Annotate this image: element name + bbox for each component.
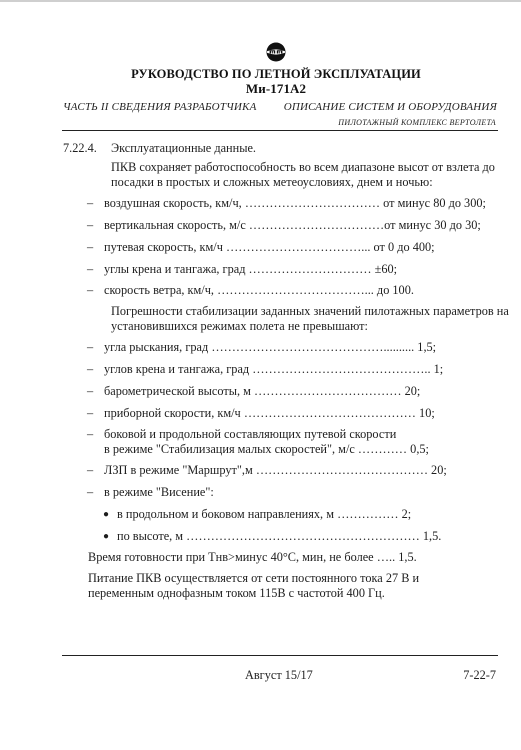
hover-sub-item: ●по высоте, м ………………………………………………… 1,5. <box>103 529 441 544</box>
dash-marker: – <box>87 283 104 298</box>
hover-mode-item: –в режиме "Висение": <box>87 485 214 500</box>
part-label: ЧАСТЬ II СВЕДЕНИЯ РАЗРАБОТЧИКА <box>63 101 257 113</box>
readiness-time: Время готовности при Тнв>минус 40°С, мин… <box>88 550 417 565</box>
dash-marker: – <box>87 262 104 277</box>
error-item-continuation: в режиме "Стабилизация малых скоростей",… <box>104 442 429 457</box>
page-number: 7-22-7 <box>463 668 496 683</box>
revision-date: Август 15/17 <box>245 668 313 683</box>
section-title: Эксплуатационные данные. <box>111 141 256 156</box>
dash-marker: – <box>87 427 104 442</box>
section-label: ОПИСАНИЕ СИСТЕМ И ОБОРУДОВАНИЯ <box>284 101 497 113</box>
range-item: –вертикальная скорость, м/с ……………………………о… <box>87 218 481 233</box>
subsection-label: ПИЛОТАЖНЫЙ КОМПЛЕКС ВЕРТОЛЕТА <box>338 118 496 127</box>
intro-text-line1: ПКВ сохраняет работоспособность во всем … <box>111 160 495 175</box>
dash-marker: – <box>87 384 104 399</box>
error-item: –углов крена и тангажа, град ……………………………… <box>87 362 443 377</box>
power-text-line2: переменным однофазным током 115В с часто… <box>88 586 385 601</box>
range-item: –воздушная скорость, км/ч, …………………………… о… <box>87 196 486 211</box>
error-item: –приборной скорости, км/ч ……………………………………… <box>87 406 435 421</box>
dash-marker: – <box>87 340 104 355</box>
dash-marker: – <box>87 196 104 211</box>
footer-divider <box>62 655 498 656</box>
hover-sub-item: ●в продольном и боковом направлениях, м … <box>103 507 411 522</box>
error-item: –ЛЗП в режиме "Маршрут",м ……………………………………… <box>87 463 447 478</box>
manual-title: РУКОВОДСТВО ПО ЛЕТНОЙ ЭКСПЛУАТАЦИИ <box>0 67 521 82</box>
section-number: 7.22.4. <box>63 141 97 156</box>
page-top-border <box>0 0 521 2</box>
range-item: –скорость ветра, км/ч, ………………………………... д… <box>87 283 414 298</box>
range-item: –углы крена и тангажа, град ………………………… ±… <box>87 262 397 277</box>
range-item: –путевая скорость, км/ч ……………………………... о… <box>87 240 435 255</box>
error-item: –угла рыскания, град …………………………………….....… <box>87 340 436 355</box>
bullet-icon: ● <box>103 529 117 544</box>
header-divider <box>62 130 498 131</box>
errors-intro-line2: установившихся режимах полета не превыша… <box>111 319 368 334</box>
dash-marker: – <box>87 406 104 421</box>
dash-marker: – <box>87 240 104 255</box>
error-item: –барометрической высоты, м ……………………………… … <box>87 384 420 399</box>
intro-text-line2: посадки в простых и сложных метеоусловия… <box>111 175 433 190</box>
aircraft-model: Ми-171А2 <box>0 81 521 97</box>
dash-marker: – <box>87 463 104 478</box>
dash-marker: – <box>87 485 104 500</box>
dash-marker: – <box>87 218 104 233</box>
mil-helicopter-logo-icon <box>266 42 286 62</box>
bullet-icon: ● <box>103 507 117 522</box>
errors-intro-line1: Погрешности стабилизации заданных значен… <box>111 304 509 319</box>
dash-marker: – <box>87 362 104 377</box>
error-item: –боковой и продольной составляющих путев… <box>87 427 396 442</box>
power-text-line1: Питание ПКВ осуществляется от сети посто… <box>88 571 419 586</box>
